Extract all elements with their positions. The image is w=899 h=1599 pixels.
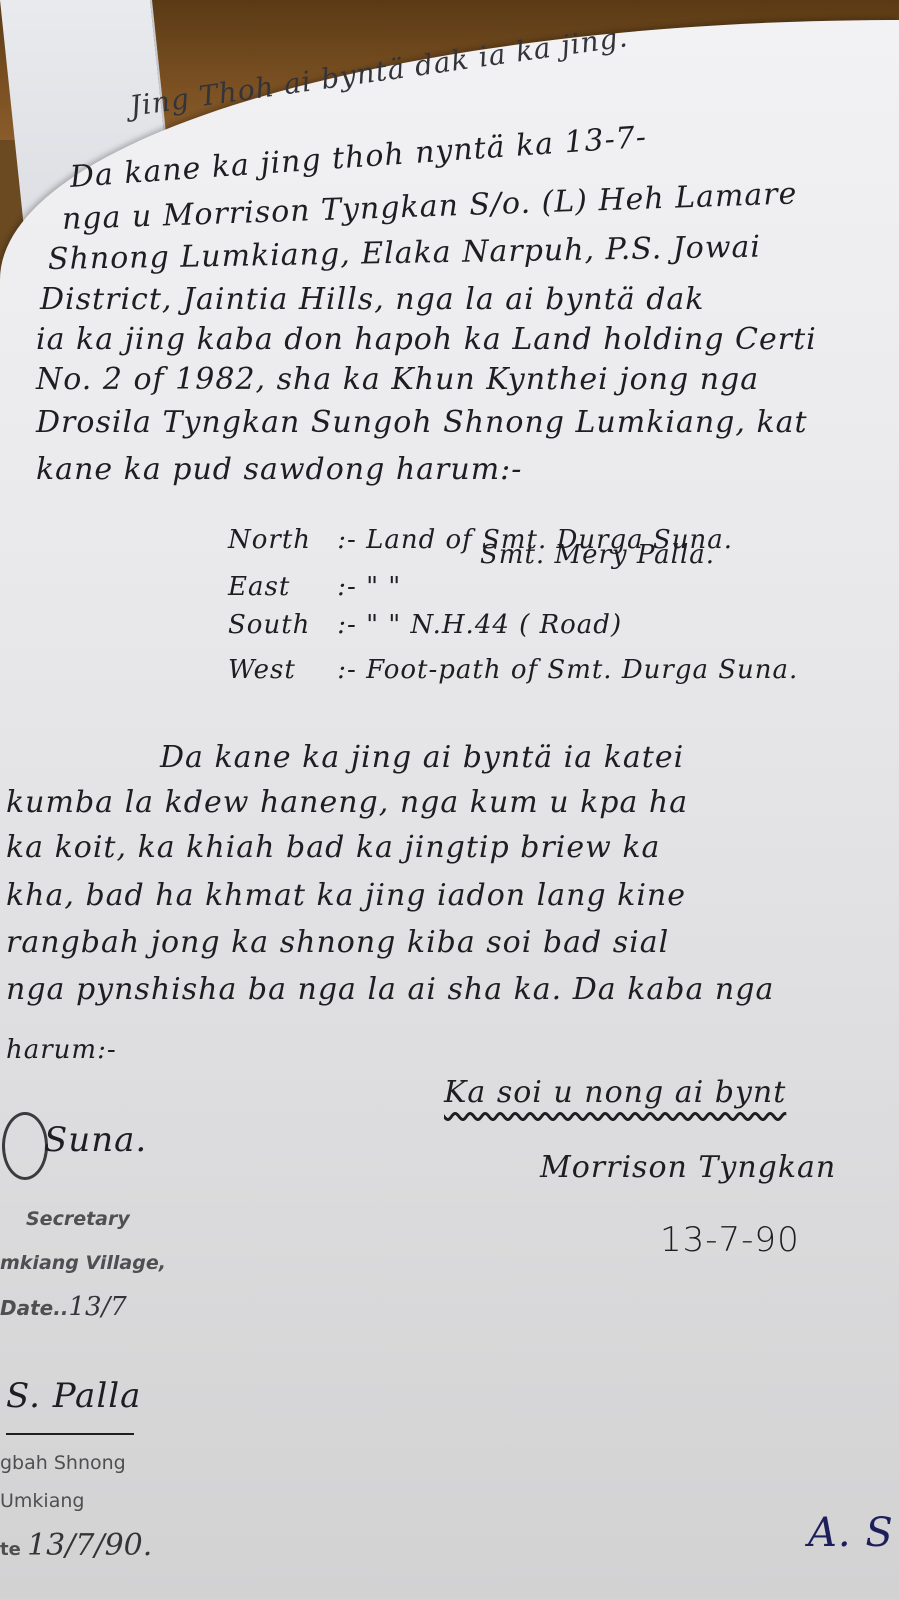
boundary-west: West :- Foot-path of Smt. Durga Suna. xyxy=(228,655,798,685)
boundary-direction: North xyxy=(228,525,328,555)
grantor-signature: Morrison Tyngkan xyxy=(540,1150,836,1185)
boundary-description: :- Foot-path of Smt. Durga Suna. xyxy=(337,655,798,685)
paragraph1-line: ia ka jing kaba don hapoh ka Land holdin… xyxy=(36,322,817,357)
stamp-rangbah-village: Umkiang xyxy=(0,1490,84,1512)
grantor-date: 13-7-90 xyxy=(660,1220,800,1260)
rangbah-signature: S. Palla xyxy=(6,1376,141,1416)
stamp-date-label: Date xyxy=(0,1296,53,1320)
handwritten-letter-page: Jing Thoh ai byntä dak ia ka jing. Da ka… xyxy=(0,20,899,1599)
stamp-date-value: 13/7 xyxy=(68,1292,126,1322)
secretary-signature: Suna. xyxy=(44,1120,147,1160)
stamp-secretary-village: mkiang Village, xyxy=(0,1252,166,1274)
paragraph2-line: nga pynshisha ba nga la ai sha ka. Da ka… xyxy=(6,972,774,1007)
paragraph2-line: Da kane ka jing ai byntä ia katei xyxy=(160,740,684,775)
stamp-secretary-title: Secretary xyxy=(26,1208,130,1230)
paragraph1-line: No. 2 of 1982, sha ka Khun Kynthei jong … xyxy=(36,362,759,397)
paragraph2-line: rangbah jong ka shnong kiba soi bad sial xyxy=(6,925,669,960)
paragraph1-line: District, Jaintia Hills, nga la ai byntä… xyxy=(40,282,704,317)
paragraph2-line: kumba la kdew haneng, nga kum u kpa ha xyxy=(6,785,688,820)
stamp-secretary-date: Date..13/7 xyxy=(0,1292,127,1322)
boundary-direction: South xyxy=(228,610,328,640)
boundary-direction: East xyxy=(228,572,328,602)
secretary-signature-flourish xyxy=(2,1112,48,1180)
boundary-south: South :- " " N.H.44 ( Road) xyxy=(228,610,622,640)
boundary-description: :- " " N.H.44 ( Road) xyxy=(337,610,622,640)
closing-heading: Ka soi u nong ai bynt xyxy=(444,1075,786,1110)
signature-underline xyxy=(6,1433,134,1435)
boundary-direction: West xyxy=(228,655,328,685)
stamp-rangbah-title: gbah Shnong xyxy=(0,1452,126,1474)
paragraph1-line: Shnong Lumkiang, Elaka Narpuh, P.S. Jowa… xyxy=(48,230,762,277)
stamp-rangbah-date: te 13/7/90. xyxy=(0,1528,152,1563)
stamp-date-value: 13/7/90. xyxy=(27,1528,152,1563)
paragraph1-line: kane ka pud sawdong harum:- xyxy=(36,452,522,487)
boundary-description: :- " " xyxy=(337,572,401,602)
paragraph2-line: kha, bad ha khmat ka jing iadon lang kin… xyxy=(6,878,686,913)
stamp-date-label: te xyxy=(0,1539,21,1560)
third-witness-signature: A. S xyxy=(808,1510,894,1556)
boundary-east-note: Smt. Mery Palla. xyxy=(480,540,715,570)
paragraph2-line: harum:- xyxy=(6,1035,117,1065)
paragraph1-line: Drosila Tyngkan Sungoh Shnong Lumkiang, … xyxy=(36,405,808,440)
boundary-east: East :- " " xyxy=(228,572,401,602)
paragraph2-line: ka koit, ka khiah bad ka jingtip briew k… xyxy=(6,830,660,865)
